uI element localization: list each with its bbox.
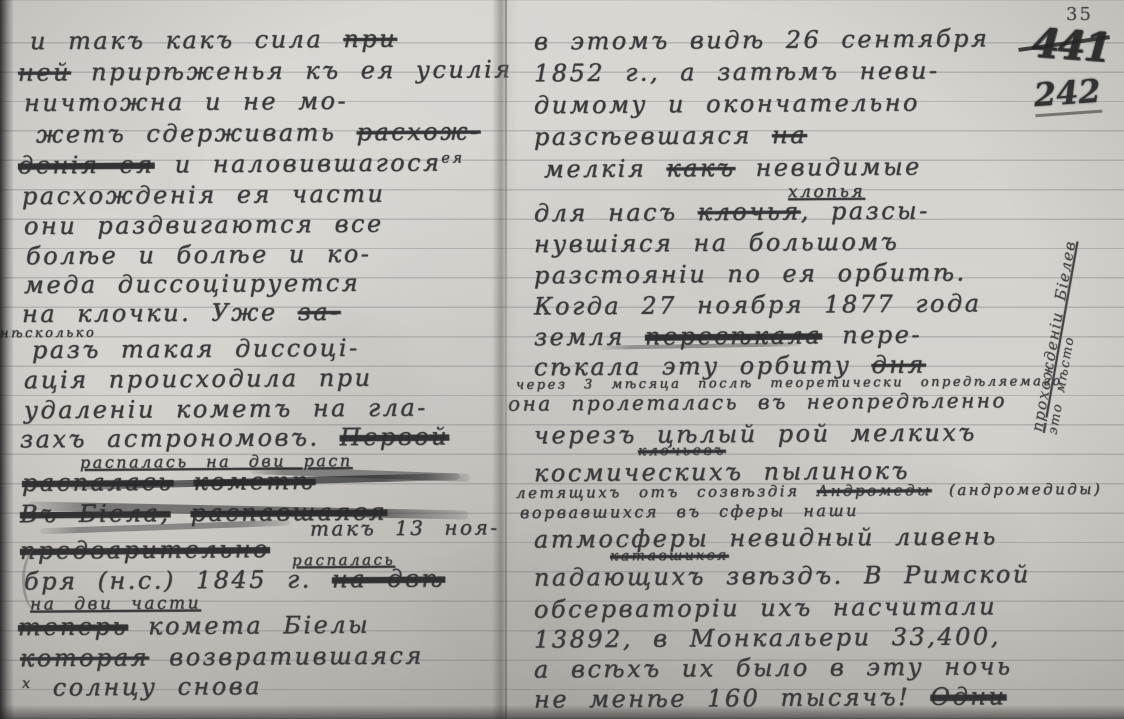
handwriting-line: мелкія какъ невидимые bbox=[544, 153, 922, 184]
bottom-edge-shadow bbox=[0, 705, 1124, 719]
handwriting-line: в этомъ видѣ 26 сентября bbox=[534, 24, 990, 55]
handwriting-line: ація происходила при bbox=[24, 364, 373, 394]
handwriting-line: 1852 г., а затѣмъ неви- bbox=[534, 57, 940, 88]
handwriting-line: разъ такая диссоці- bbox=[32, 334, 360, 364]
handwriting-line: x солнцу снова bbox=[22, 672, 262, 702]
handwriting-line: теперь комета Біелы bbox=[18, 611, 370, 641]
handwriting-line: обсерваторіи ихъ насчитали bbox=[534, 592, 997, 623]
handwriting-line: черезъ цѣлый рой мелкихъ bbox=[534, 418, 977, 449]
handwriting-line: ворвавшихся въ сферы наши bbox=[520, 501, 859, 522]
page-gutter-line bbox=[505, 0, 507, 719]
handwriting-line: болѣе и болѣе и ко- bbox=[26, 240, 372, 270]
handwriting-line: жетъ сдерживать расхож- bbox=[36, 117, 481, 148]
handwriting-line: атмосферы невидный ливень bbox=[534, 522, 998, 553]
margin-curve-mark bbox=[22, 548, 55, 612]
handwriting-line: а всѣхъ их было в эту ночь bbox=[534, 652, 1013, 683]
handwriting-line: такъ 13 ноя- bbox=[310, 515, 500, 540]
handwriting-line: которая возвратившаяся bbox=[20, 642, 424, 673]
handwriting-line: разсѣевшаяся на bbox=[534, 121, 807, 151]
handwriting-line: димому и окончательно bbox=[534, 89, 920, 120]
handwriting-line: ничтожна и не мо- bbox=[24, 87, 348, 117]
handwriting-line: предварительно bbox=[20, 535, 270, 565]
handwriting-line: захъ астрономовъ. Первой bbox=[20, 423, 449, 454]
handwriting-line: бря (н.с.) 1845 г. на двѣ bbox=[24, 565, 445, 596]
handwriting-line: они раздвигаются все bbox=[24, 210, 384, 241]
handwriting-line: ней прирѣженья къ ея усилія bbox=[18, 55, 513, 86]
handwriting-line: на клочки. Уже за- bbox=[22, 298, 341, 328]
handwriting-line: клочьевъ bbox=[638, 443, 726, 460]
handwriting-line: 13892, в Монкальери 33,400, bbox=[534, 622, 1001, 653]
handwriting-line: расхожденія ея части bbox=[22, 180, 386, 211]
handwriting-line: она пролеталась въ неопредѣленно bbox=[508, 388, 1007, 415]
handwriting-line: денія ея и наловившагосяея bbox=[18, 148, 465, 179]
handwriting-line: меда диссоціируется bbox=[24, 269, 360, 299]
handwriting-line: для насъ клочья, разсы- bbox=[534, 197, 930, 228]
handwriting-line: удаленіи кометъ на гла- bbox=[24, 394, 428, 425]
notebook-spread-photo: и такъ какъ сила приней прирѣженья къ ея… bbox=[0, 0, 1124, 719]
handwriting-line: нувшіяся на большомъ bbox=[534, 228, 899, 259]
handwriting-line: и такъ какъ сила при bbox=[30, 25, 397, 56]
handwriting-line: разстояніи по ея орбитѣ. bbox=[534, 258, 967, 289]
handwriting-line: падающихъ звѣздъ. В Римской bbox=[534, 560, 1031, 591]
handwriting-line: Когда 27 ноября 1877 года bbox=[534, 289, 982, 320]
page-edge-shadow bbox=[0, 0, 14, 719]
